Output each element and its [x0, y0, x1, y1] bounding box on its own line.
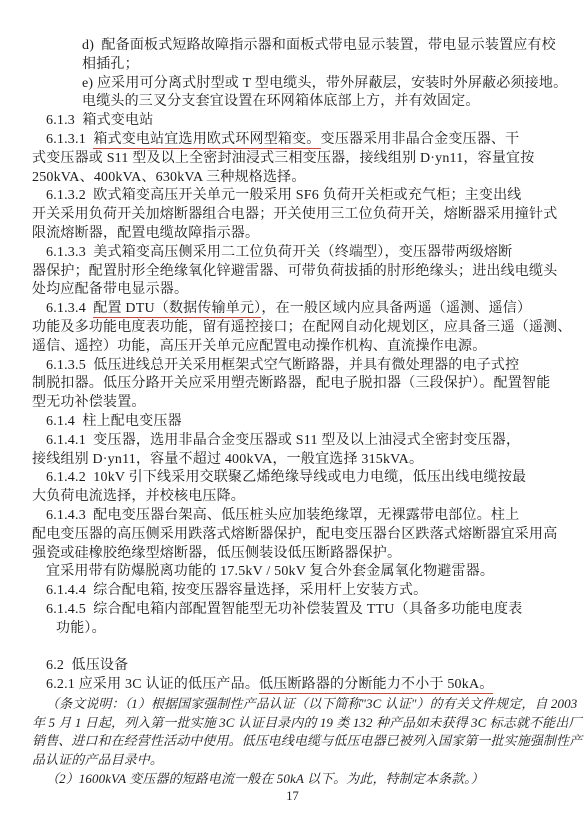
- text-segment: （条文说明：（1）根据国家强制性产品认证（以下简称"3C 认证"）的有关文件规定…: [46, 696, 577, 711]
- commentary-line: 品认证的产品目录中。: [32, 751, 555, 770]
- text-segment: 开关采用负荷开关加熔断器组合电器；开关使用三工位负荷开关，熔断器采用撞针式: [32, 207, 557, 222]
- text-segment: 6.1.3.1: [46, 132, 93, 147]
- text-segment: （2）1600kVA 变压器的短路电流一般在 50kA 以下。为此，特制定本条款…: [46, 771, 484, 786]
- text-segment: 变压器采用非晶合金变压器、干: [321, 132, 520, 147]
- text-segment: 6.1.4.4 综合配电箱, 按变压器容量选择，采用杆上安装方式。: [46, 583, 427, 598]
- text-segment: 强瓷或硅橡胶绝缘型熔断器，低压侧装设低压断路器保护。: [32, 546, 401, 561]
- document-page: d) 配备面板式短路故障指示器和面板式带电显示装置，带电显示装置应有校相插孔；e…: [0, 0, 585, 827]
- section-6-1-3-2: 6.1.3.2 欧式箱变高压开关单元一般采用 SF6 负荷开关柜或充气柜；主变出…: [32, 187, 555, 206]
- section-6-1-4-5: 6.1.4.5 综合配电箱内部配置智能型无功补偿装置及 TTU（具备多功能电度表: [32, 601, 555, 620]
- text-segment: 遥信、遥控）功能，高压开关单元应配置电动操作机构、直流操作电源。: [32, 339, 486, 354]
- section-heading-6-2: 6.2 低压设备: [32, 657, 555, 676]
- list-item-d: d) 配备面板式短路故障指示器和面板式带电显示装置，带电显示装置应有校: [32, 37, 555, 56]
- section-6-1-3-5-wrap: 型无功补偿装置。: [32, 394, 555, 413]
- document-body: d) 配备面板式短路故障指示器和面板式带电显示装置，带电显示装置应有校相插孔；e…: [32, 37, 555, 789]
- section-6-1-4-4: 6.1.4.4 综合配电箱, 按变压器容量选择，采用杆上安装方式。: [32, 582, 555, 601]
- text-segment: 6.2 低压设备: [46, 658, 128, 673]
- text-segment: 器保护；配置肘形全绝缘氧化锌避雷器、可带负荷拔插的肘形绝缘头；进出线电缆头: [32, 264, 557, 279]
- text-segment: 限流熔断器，配置电缆故障指示器。: [32, 226, 259, 241]
- red-underlined-text: 配置 DTU（数据传输单元）: [93, 301, 261, 318]
- list-item-e: e) 应采用可分离式肘型或 T 型电缆头，带外屏蔽层，安装时外屏蔽必须接地。: [32, 75, 555, 94]
- text-segment: 6.1.4.2 10kV 引下线采用交联聚乙烯绝缘导线或电力电缆，低压出线电缆按…: [46, 470, 526, 485]
- list-item-d-wrap: 相插孔；: [32, 56, 555, 75]
- text-segment: 电缆头的三叉分支套宜设置在环网箱体底部上方，并有效固定。: [82, 94, 480, 109]
- text-segment: 处均应配备带电显示器。: [32, 282, 188, 297]
- section-6-1-3-2-wrap: 开关采用负荷开关加熔断器组合电器；开关使用三工位负荷开关，熔断器采用撞针式: [32, 206, 555, 225]
- section-6-2-1: 6.2.1 应采用 3C 认证的低压产品。低压断路器的分断能力不小于 50kA。: [32, 676, 555, 695]
- section-6-1-4-3-wrap: 强瓷或硅橡胶绝缘型熔断器，低压侧装设低压断路器保护。: [32, 545, 555, 564]
- paragraph-arrester: 宜采用带有防爆脱离功能的 17.5kV / 50kV 复合外套金属氧化物避雷器。: [32, 563, 555, 582]
- red-underlined-text: 箱式变电站宜选用欧式环网型箱变。: [93, 132, 320, 149]
- section-6-1-3-5: 6.1.3.5 低压进线总开关采用框架式空气断路器，并具有微处理器的电子式控: [32, 357, 555, 376]
- section-6-1-4-3-wrap: 配电变压器的高压侧采用跌落式熔断器保护，配电变压器台区跌落式熔断器宜采用高: [32, 526, 555, 545]
- section-6-1-3-4-wrap: 功能及多功能电度表功能，留有遥控接口；在配网自动化规划区，应具备三遥（遥测、: [32, 319, 555, 338]
- text-segment: 大负荷电流选择，并校核电压降。: [32, 489, 245, 504]
- text-segment: 式变压器或 S11 型及以上全密封油浸式三相变压器，接线组别 D·yn11，容量…: [32, 151, 534, 166]
- page-number: 17: [0, 787, 585, 805]
- section-6-1-3-1-wrap: 式变压器或 S11 型及以上全密封油浸式三相变压器，接线组别 D·yn11，容量…: [32, 150, 555, 169]
- text-segment: d) 配备面板式短路故障指示器和面板式带电显示装置，带电显示装置应有校: [82, 38, 556, 53]
- section-6-1-4-2: 6.1.4.2 10kV 引下线采用交联聚乙烯绝缘导线或电力电缆，低压出线电缆按…: [32, 469, 555, 488]
- section-6-1-4-2-wrap: 大负荷电流选择，并校核电压降。: [32, 488, 555, 507]
- text-segment: 6.1.4.1 变压器，选用非晶合金变压器或 S11 型及以上油浸式全密封变压器…: [46, 433, 520, 448]
- text-segment: 配电变压器的高压侧采用跌落式熔断器保护，配电变压器台区跌落式熔断器宜采用高: [32, 527, 557, 542]
- section-6-1-4-1: 6.1.4.1 变压器，选用非晶合金变压器或 S11 型及以上油浸式全密封变压器…: [32, 432, 555, 451]
- text-segment: 型无功补偿装置。: [32, 395, 146, 410]
- text-segment: 品认证的产品目录中。: [32, 752, 163, 767]
- text-segment: 6.1.3.5 低压进线总开关采用框架式空气断路器，并具有微处理器的电子式控: [46, 358, 519, 373]
- text-segment: 功能及多功能电度表功能，留有遥控接口；在配网自动化规划区，应具备三遥（遥测、: [32, 320, 572, 335]
- section-6-1-3-4: 6.1.3.4 配置 DTU（数据传输单元），在一般区域内应具备两遥（遥测、遥信…: [32, 300, 555, 319]
- section-6-1-3-3-wrap: 处均应配备带电显示器。: [32, 281, 555, 300]
- text-segment: e) 应采用可分离式肘型或 T 型电缆头，带外屏蔽层，安装时外屏蔽必须接地。: [82, 76, 567, 91]
- text-segment: 6.1.4.3 配电变压器台架高、低压桩头应加装绝缘罩，无裸露带电部位。柱上: [46, 508, 519, 523]
- text-segment: ，在一般区域内应具备两遥（遥测、遥信）: [261, 301, 531, 316]
- section-6-1-3-3: 6.1.3.3 美式箱变高压侧采用二工位负荷开关（终端型），变压器带两级熔断: [32, 244, 555, 263]
- red-underlined-text: 低压断路器的分断能力不小于 50kA。: [259, 677, 493, 694]
- text-segment: 接线组别 D·yn11，容量不超过 400kVA，一般宜选择 315kVA。: [32, 452, 423, 467]
- commentary-line: （条文说明：（1）根据国家强制性产品认证（以下简称"3C 认证"）的有关文件规定…: [32, 695, 555, 714]
- section-6-1-3-2-wrap: 限流熔断器，配置电缆故障指示器。: [32, 225, 555, 244]
- text-segment: 6.1.3.3 美式箱变高压侧采用二工位负荷开关（终端型），变压器带两级熔断: [46, 245, 512, 260]
- section-6-1-3-1-wrap: 250kVA、400kVA、630kVA 三种规格选择。: [32, 169, 555, 188]
- text-segment: 6.1.3.2 欧式箱变高压开关单元一般采用 SF6 负荷开关柜或充气柜；主变出…: [46, 188, 521, 203]
- text-segment: 宜采用带有防爆脱离功能的 17.5kV / 50kV 复合外套金属氧化物避雷器。: [46, 564, 494, 579]
- text-segment: 制脱扣器。低压分路开关应采用塑壳断路器，配电子脱扣器（三段保护）。配置智能: [32, 376, 550, 391]
- section-6-1-3-3-wrap: 器保护；配置肘形全绝缘氧化锌避雷器、可带负荷拔插的肘形绝缘头；进出线电缆头: [32, 263, 555, 282]
- text-segment: 功能）。: [56, 621, 106, 636]
- section-6-1-4-3: 6.1.4.3 配电变压器台架高、低压桩头应加装绝缘罩，无裸露带电部位。柱上: [32, 507, 555, 526]
- list-item-e-wrap: 电缆头的三叉分支套宜设置在环网箱体底部上方，并有效固定。: [32, 93, 555, 112]
- section-6-1-3-4-wrap: 遥信、遥控）功能，高压开关单元应配置电动操作机构、直流操作电源。: [32, 338, 555, 357]
- section-6-1-3-5-wrap: 制脱扣器。低压分路开关应采用塑壳断路器，配电子脱扣器（三段保护）。配置智能: [32, 375, 555, 394]
- text-segment: 6.1.4.5 综合配电箱内部配置智能型无功补偿装置及 TTU（具备多功能电度表: [46, 602, 522, 617]
- section-6-1-4-5-wrap: 功能）。: [32, 620, 555, 639]
- section-6-1-4-1-wrap: 接线组别 D·yn11，容量不超过 400kVA，一般宜选择 315kVA。: [32, 451, 555, 470]
- blank-line: [32, 639, 555, 658]
- section-6-1-3-1: 6.1.3.1 箱式变电站宜选用欧式环网型箱变。变压器采用非晶合金变压器、干: [32, 131, 555, 150]
- commentary-line: 销售、进口和在经营性活动中使用。低压电线电缆与低压电器已被列入国家第一批实施强制…: [32, 732, 555, 751]
- text-segment: 6.1.3.4: [46, 301, 93, 316]
- text-segment: 6.2.1 应采用 3C 认证的低压产品。: [46, 677, 259, 692]
- text-segment: 年 5 月 1 日起，列入第一批实施 3C 认证目录内的 19 类 132 种产…: [32, 715, 581, 730]
- section-heading-6-1-4: 6.1.4 柱上配电变压器: [32, 413, 555, 432]
- text-segment: 6.1.4 柱上配电变压器: [46, 414, 182, 429]
- text-segment: 6.1.3 箱式变电站: [46, 113, 153, 128]
- commentary-line: 年 5 月 1 日起，列入第一批实施 3C 认证目录内的 19 类 132 种产…: [32, 714, 555, 733]
- text-segment: 相插孔；: [82, 57, 139, 72]
- section-heading-6-1-3: 6.1.3 箱式变电站: [32, 112, 555, 131]
- text-segment: 250kVA、400kVA、630kVA 三种规格选择。: [32, 170, 306, 185]
- text-segment: 销售、进口和在经营性活动中使用。低压电线电缆与低压电器已被列入国家第一批实施强制…: [32, 733, 582, 748]
